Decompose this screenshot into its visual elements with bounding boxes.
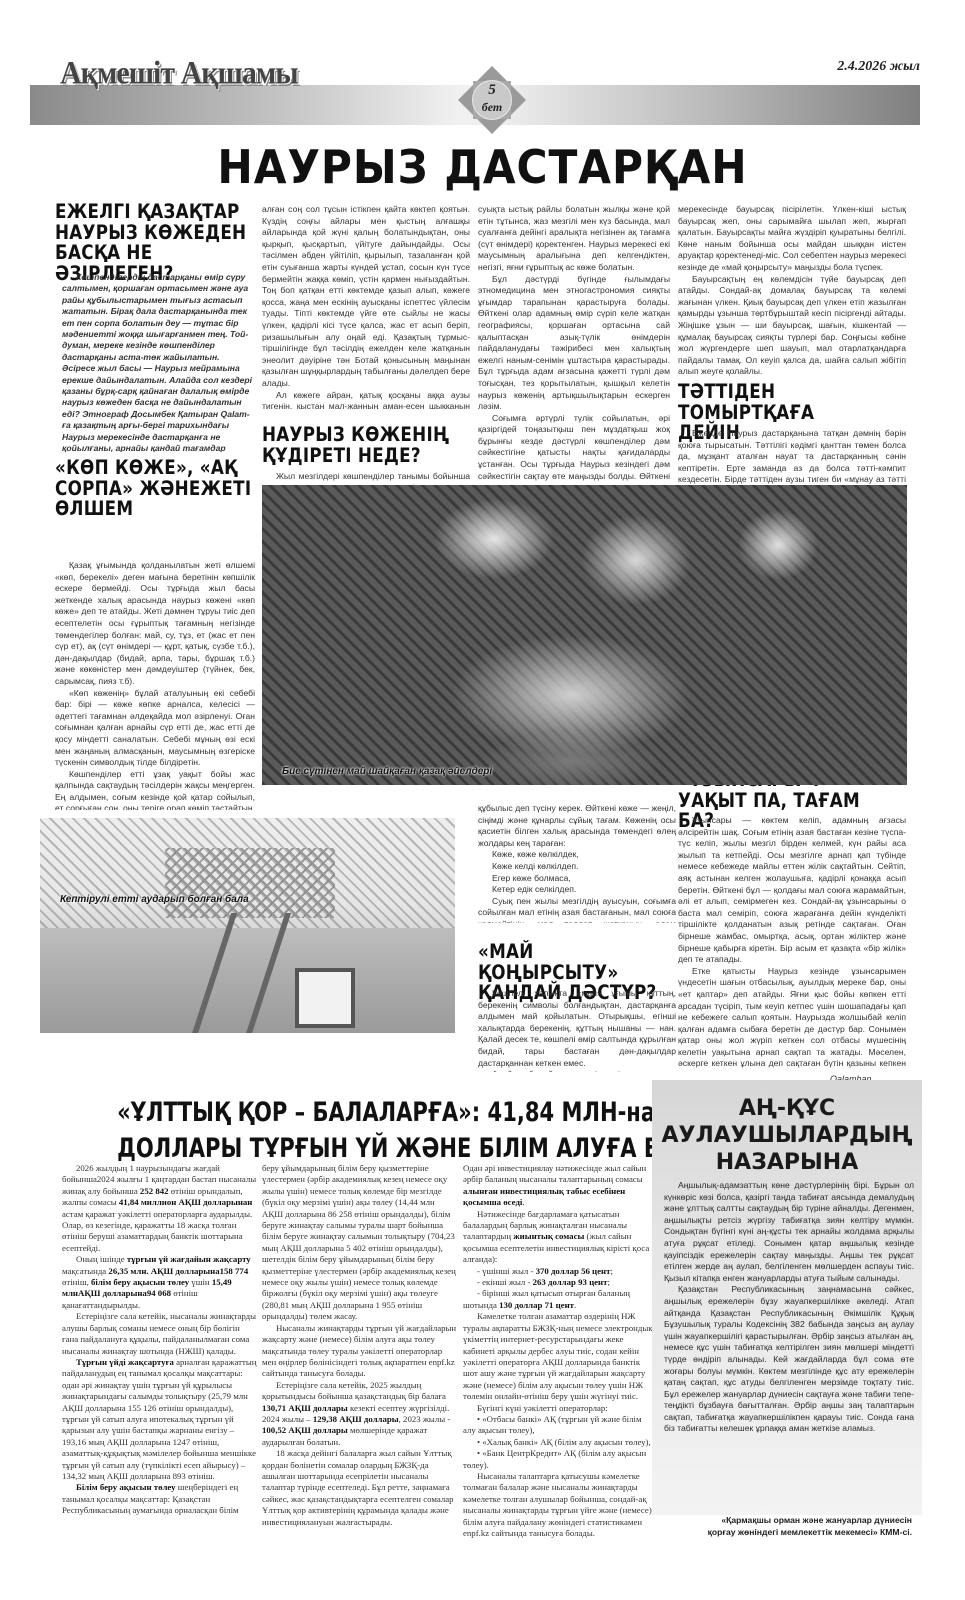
paragraph: Кәмелетке толған азаматтар өздерінің НЖ … xyxy=(463,1311,653,1402)
paragraph: Көшпенділер етті ұзақ уақыт бойы жас қал… xyxy=(55,769,255,810)
paragraph: мерекесінде бауырсақ пісірілетін. Үлкен-… xyxy=(678,204,906,274)
paragraph: Көшпелі халықта «май» ұғымы құттың, бере… xyxy=(478,988,676,1069)
paragraph: Естеріңізге сала кетейік, 2025 жылдың қо… xyxy=(262,1380,457,1448)
article2-column1: 2026 жылдың 1 наурызындағы жағдай бойынш… xyxy=(62,1163,257,1563)
article1-column1-body: Қазақ ұғымында қолданылатын жеті өлшемі … xyxy=(55,560,255,810)
page-label: бет xyxy=(464,100,520,115)
photo-women-churning-butter: Бие сүтінен май шайқаған қазақ әйелдері xyxy=(262,485,907,785)
article1-column4-body: мерекесінде бауырсақ пісірілетін. Үлкен-… xyxy=(678,204,906,382)
paragraph: суықта ыстық райлы болатын жылқы және қо… xyxy=(478,204,670,274)
paragraph: Қазақ ұғымында қолданылатын жеті өлшемі … xyxy=(55,560,255,688)
article3-signature: «Қармақшы орман және жануарлар дүниесін … xyxy=(700,1515,912,1538)
headline-line: ДОЛЛАРЫ ТҰРҒЫН ҮЙ ЖӘНЕ БІЛІМ АЛУҒА БАҒЫТ… xyxy=(117,1131,593,1167)
paragraph: Естеріңізге сала кетейік, нысаналы жинақ… xyxy=(62,1311,257,1357)
operator-item: • «Отбасы банкі» АҚ (тұрғын үй және білі… xyxy=(463,1414,653,1437)
photo-caption: Бие сүтінен май шайқаған қазақ әйелдері xyxy=(282,766,492,777)
paragraph: алған соң сол тұсын істікпен қайта көкте… xyxy=(262,204,470,390)
poem-line: Егер көже болмаса, xyxy=(478,873,676,885)
headline-line: «ҰЛТТЫҚ ҚОР – БАЛАЛАРҒА»: 41,84 МЛН-нан … xyxy=(117,1095,593,1131)
lead-text: Көшпенділердің дастарқаны өмір сүру салт… xyxy=(62,272,255,452)
list-item: - бірінші жыл қатысып отырған баланың шо… xyxy=(463,1288,653,1311)
paragraph: «Көп көженің» бұлай аталуының екі себебі… xyxy=(55,688,255,769)
page-number-badge: 5 бет xyxy=(464,67,520,141)
paragraph: Оның ішінде тұрғын үй жағдайын жақсарту … xyxy=(62,1254,257,1311)
lattice-fence xyxy=(165,848,335,918)
article3-body: Аңшылық-адамзаттың көне дәстүрлерінің бі… xyxy=(664,1180,914,1513)
paragraph: құбылыс деп түсіну керек. Өйткені көже —… xyxy=(478,803,676,849)
article2-column2: беру ұйымдарының білім беру қызметтеріне… xyxy=(262,1163,457,1563)
paragraph: 18 жасқа дейінгі балаларға жыл сайын Ұлт… xyxy=(262,1448,457,1528)
paragraph: Алайда бидайды ұн етіп диірменге тарту с… xyxy=(478,1069,676,1072)
poem-line: Көже, көже көлкілдек, xyxy=(478,849,676,861)
paragraph: Ал көжеге айран, қатық қосқаны аққа аузы… xyxy=(262,390,470,410)
operator-item: • «Банк ЦентрКредит» АҚ (білім алу ақысы… xyxy=(463,1448,653,1471)
paragraph: Аңшылық-адамзаттың көне дәстүрлерінің бі… xyxy=(664,1180,914,1284)
article1-column2-body: алған соң сол тұсын істікпен қайта көкте… xyxy=(262,204,470,409)
paragraph: Нысаналы талаптарға қатысушы кәмелетке т… xyxy=(463,1471,653,1539)
paragraph: Етке қатысты Наурыз кезінде ұзынсарымен … xyxy=(678,966,906,1071)
photo-caption: Кептірулі етті аударып болған бала xyxy=(60,894,249,905)
paragraph: Тұрғын үйді жақсартуға арналған қаражатт… xyxy=(62,1357,257,1482)
paragraph: беру ұйымдарының білім беру қызметтеріне… xyxy=(262,1163,457,1323)
paragraph: Соғымға әртүрлі түлік сойылатын, әрі қаз… xyxy=(478,413,670,482)
article1-uzynsary-body: Ұзынсары — көктем келіп, адамның ағзасы … xyxy=(678,815,906,1071)
page-number: 5 xyxy=(464,82,520,99)
house-window xyxy=(295,968,355,1028)
paragraph: Бауырсақтың ең көлемдісін түйе бауырсақ … xyxy=(678,274,906,378)
article1-mai-body: Көшпелі халықта «май» ұғымы құттың, бере… xyxy=(478,988,676,1072)
issue-date: 2.4.2026 жыл xyxy=(837,59,920,75)
list-item: - екінші жыл - 263 доллар 93 цент; xyxy=(463,1277,653,1288)
poem-line: Кетер едік селкілдеп. xyxy=(478,884,676,896)
article2-column3: Одан әрі инвестициялау нәтижесінде жыл с… xyxy=(463,1163,653,1563)
photo-boy-drying-meat: Кептірулі етті аударып болған бала xyxy=(40,818,455,1033)
paragraph: Суық пен жылы мезгілдің ауысуын, соғымға… xyxy=(478,896,676,923)
paragraph: Бүгінгі күні уәкілетті операторлар: xyxy=(463,1403,653,1414)
article3-headline: АҢ-ҚҰС АУЛАУШЫЛАРДЫҢ НАЗАРЫНА xyxy=(652,1095,922,1176)
paragraph: 2026 жылдың 1 наурызындағы жағдай бойынш… xyxy=(62,1163,257,1254)
paragraph: Ұзынсары — көктем келіп, адамның ағзасы … xyxy=(678,815,906,966)
list-item: - үшінші жыл - 370 доллар 56 цент; xyxy=(463,1266,653,1277)
article2-headline: «ҰЛТТЫҚ ҚОР – БАЛАЛАРҒА»: 41,84 МЛН-нан … xyxy=(117,1095,593,1167)
article1-subheading-kop-kozhe: «КӨП КӨЖЕ», «АҚ СОРПА» ЖӘНЕЖЕТІ ӨЛШЕМ xyxy=(55,458,257,520)
newspaper-logo[interactable]: Ақмешіт Ақшамы xyxy=(60,55,298,92)
page-title: НАУРЫЗ ДАСТАРҚАН xyxy=(39,140,927,194)
article1-subheading-power: НАУРЫЗ КӨЖЕНІҢ ҚҰДІРЕТІ НЕДЕ? xyxy=(262,425,451,466)
article1-column3-body: суықта ыстық райлы болатын жылқы және қо… xyxy=(478,204,670,482)
poem-line: Көже келді көлкілдеп. xyxy=(478,861,676,873)
paragraph: Нәтижесінде бағдарламаға қатысатын балал… xyxy=(463,1209,653,1266)
paragraph: Білім беру ақысын төлеу шеңберіндегі ең … xyxy=(62,1482,257,1516)
article1-lead: Көшпенділердің дастарқаны өмір сүру салт… xyxy=(62,272,255,452)
paragraph: Одан әрі инвестициялау нәтижесінде жыл с… xyxy=(463,1163,653,1209)
paragraph: Нысаналы жинақтарды тұрғын үй жағдайлары… xyxy=(262,1323,457,1380)
paragraph: Қазақстан Республикасының заңнамасына сә… xyxy=(664,1284,914,1435)
paragraph: Бұл дәстүрді бүгінде ғылымдағы этномедиц… xyxy=(478,274,670,413)
article1-column5-body: құбылыс деп түсіну керек. Өйткені көже —… xyxy=(478,803,676,923)
masthead: Ақмешіт Ақшамы 2.4.2026 жыл 5 бет xyxy=(30,55,920,130)
operator-item: • «Халық банкі» АҚ (білім алу ақысын төл… xyxy=(463,1437,653,1448)
